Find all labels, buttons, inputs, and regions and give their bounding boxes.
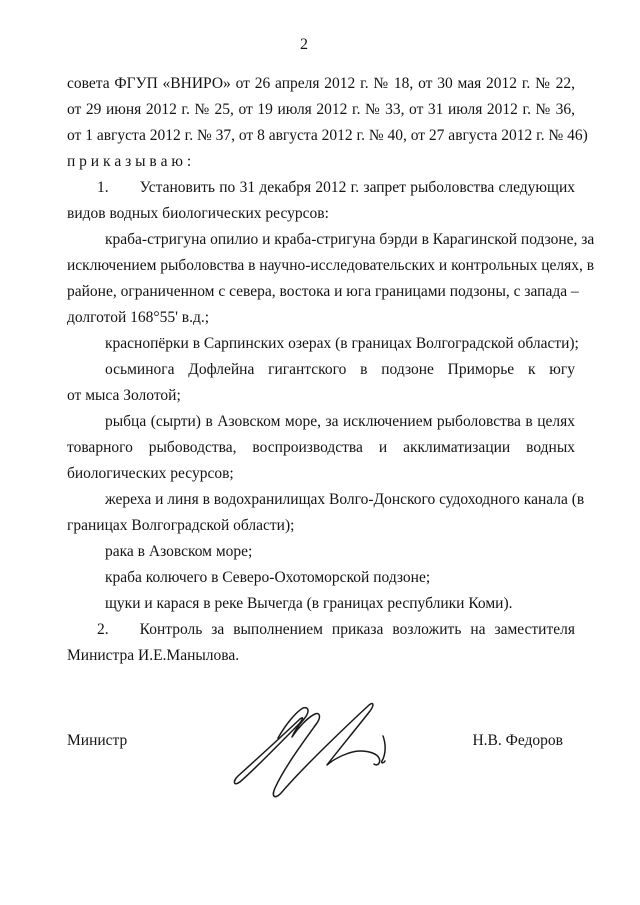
document-line: от 1 августа 2012 г. № 37, от 8 августа … (67, 123, 575, 149)
signatory-name: Н.В. Федоров (472, 731, 563, 751)
document-line: биологических ресурсов; (67, 461, 575, 487)
document-line: краба колючего в Северо-Охотоморской под… (67, 565, 575, 591)
signatory-title: Министр (67, 731, 127, 751)
document-line: осьминога Дофлейна гигантского в подзоне… (67, 357, 575, 383)
document-line: от 29 июня 2012 г. № 25, от 19 июля 2012… (67, 97, 575, 123)
document-line: рака в Азовском море; (67, 539, 575, 565)
list-number: 2. (97, 621, 109, 638)
document-line: 2.Контроль за выполнением приказа возлож… (67, 617, 575, 643)
document-line: от мыса Золотой; (67, 383, 575, 409)
document-line: жереха и линя в водохранилищах Волго-Дон… (67, 487, 575, 513)
document-line: совета ФГУП «ВНИРО» от 26 апреля 2012 г.… (67, 71, 575, 97)
document-line: краснопёрки в Сарпинских озерах (в грани… (67, 331, 575, 357)
document-line: краба-стригуна опилио и краба-стригуна б… (67, 227, 575, 253)
document-line: 1.Установить по 31 декабря 2012 г. запре… (67, 175, 575, 201)
document-line: п р и к а з ы в а ю : (67, 149, 575, 175)
document-line: рыбца (сырти) в Азовском море, за исключ… (67, 409, 575, 435)
signature-block: Министр Н.В. Федоров (67, 731, 563, 751)
scanned-page: 2 совета ФГУП «ВНИРО» от 26 апреля 2012 … (0, 0, 640, 905)
document-line: товарного рыбоводства, воспроизводства и… (67, 435, 575, 461)
document-line: долготой 168°55' в.д.; (67, 305, 575, 331)
document-line: видов водных биологических ресурсов: (67, 201, 575, 227)
document-line: щуки и карася в реке Вычегда (в границах… (67, 591, 575, 617)
document-body: совета ФГУП «ВНИРО» от 26 апреля 2012 г.… (67, 71, 575, 669)
list-number: 1. (97, 179, 109, 196)
page-number: 2 (0, 36, 608, 54)
document-line: границах Волгоградской области); (67, 513, 575, 539)
document-line: исключением рыболовства в научно-исследо… (67, 253, 575, 279)
document-line: Министра И.Е.Манылова. (67, 643, 575, 669)
document-line: районе, ограниченном с севера, востока и… (67, 279, 575, 305)
